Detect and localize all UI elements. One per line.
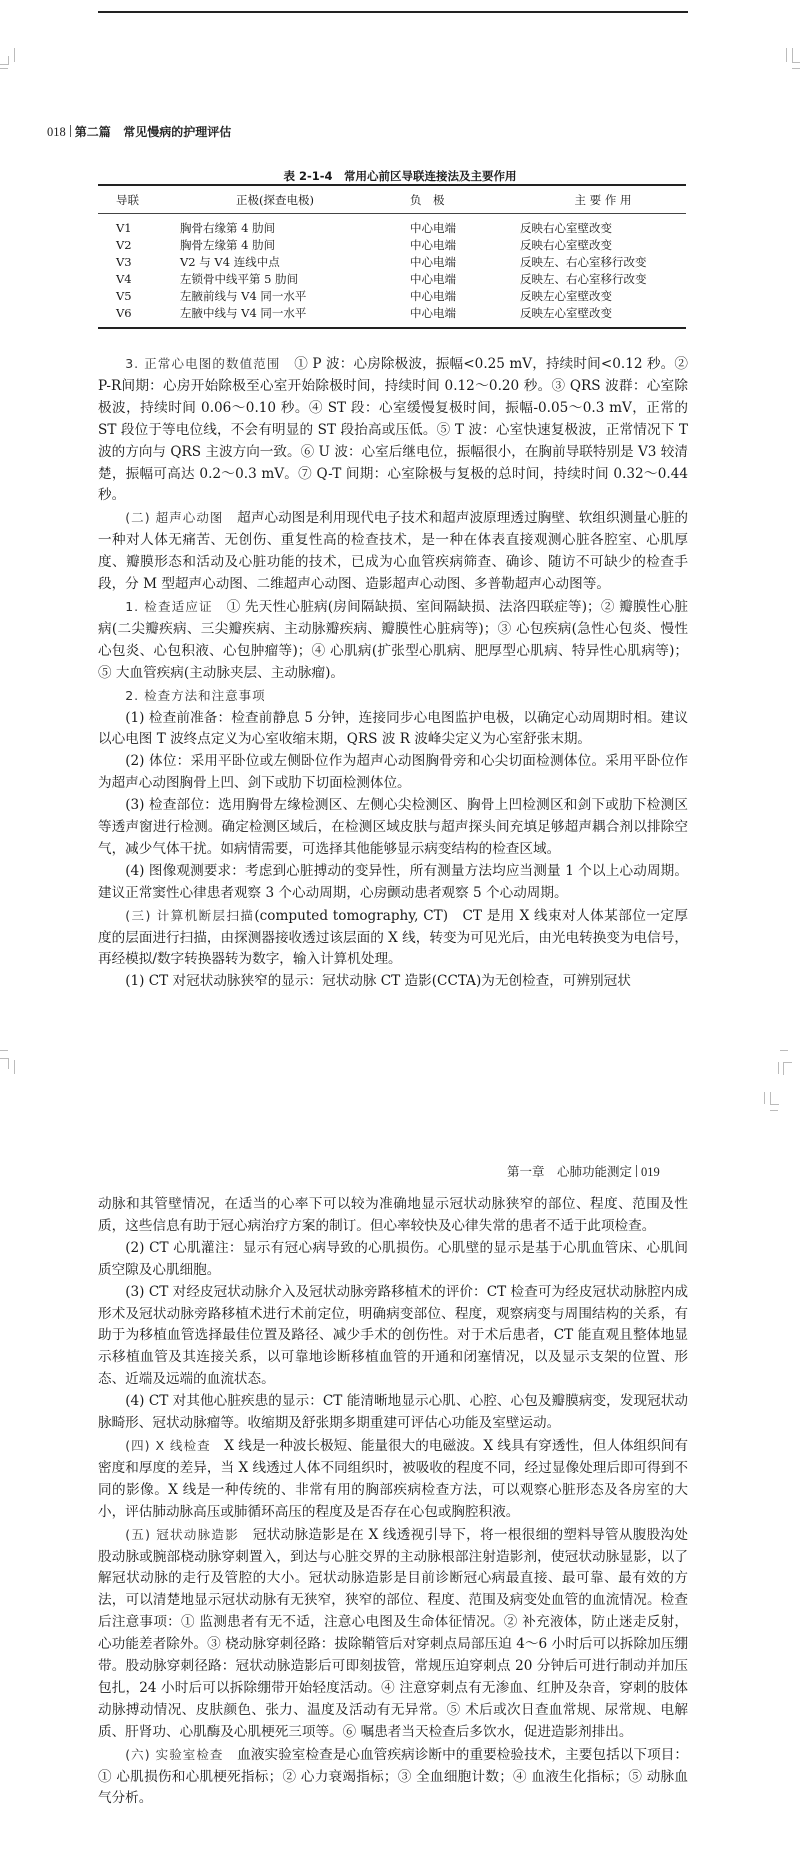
section-heading: (三) 计算机断层扫描 xyxy=(125,908,254,923)
table-row: V2胸骨左缘第 4 肋间中心电端反映右心室壁改变 xyxy=(98,237,686,254)
table-cell: 中心电端 xyxy=(410,214,520,238)
table-cell: 反映右心室壁改变 xyxy=(520,237,686,254)
paragraph: 动脉和其管壁情况，在适当的心率下可以较为准确地显示冠状动脉狭窄的部位、程度、范围… xyxy=(98,1194,688,1238)
column-header: 主 要 作 用 xyxy=(520,185,686,214)
section-heading: 1. 检查适应证 xyxy=(125,599,213,614)
chapter-label: 第一章 xyxy=(507,1164,545,1179)
paragraph-text: 动脉和其管壁情况，在适当的心率下可以较为准确地显示冠状动脉狭窄的部位、程度、范围… xyxy=(98,1196,688,1234)
table-cell: 反映左、右心室移行改变 xyxy=(520,271,686,288)
section-heading: (二) 超声心动图 xyxy=(125,510,223,525)
paragraph: (4) 图像观测要求：考虑到心脏搏动的变异性，所有测量方法均应当测量 1 个以上… xyxy=(98,861,688,905)
paragraph-text: (2) 体位：采用平卧位或左侧卧位作为超声心动图胸骨旁和心尖切面检测体位。采用平… xyxy=(98,753,688,791)
paragraph: (3) 检查部位：选用胸骨左缘检测区、左侧心尖检测区、胸骨上凹检测区和剑下或肋下… xyxy=(98,795,688,861)
header-divider xyxy=(70,125,71,137)
crop-mark xyxy=(0,1050,8,1051)
page-19-body: 动脉和其管壁情况，在适当的心率下可以较为准确地显示冠状动脉狭窄的部位、程度、范围… xyxy=(98,1194,688,1810)
table-cell: V3 xyxy=(98,254,180,271)
paragraph-text: (3) CT 对经皮冠状动脉介入及冠状动脉旁路移植术的评价：CT 检查可为经皮冠… xyxy=(98,1284,688,1388)
table-cell: V6 xyxy=(98,305,180,328)
paragraph: (1) 检查前准备：检查前静息 5 分钟，连接同步心电图监护电极，以确定心动周期… xyxy=(98,708,688,752)
paragraph-text: ① P 波：心房除极波，振幅<0.25 mV，持续时间<0.12 秒。② P-R… xyxy=(98,356,688,503)
table-cell: 胸骨左缘第 4 肋间 xyxy=(180,237,410,254)
table-cell: V1 xyxy=(98,214,180,238)
table-cell: 中心电端 xyxy=(410,288,520,305)
ecg-lead-table: 导联 正极(探查电极) 负 极 主 要 作 用 V1胸骨右缘第 4 肋间中心电端… xyxy=(98,184,686,329)
table-cell: V2 xyxy=(98,237,180,254)
crop-mark xyxy=(14,1060,15,1074)
section-heading: (六) 实验室检查 xyxy=(125,1747,223,1762)
crop-mark xyxy=(792,68,800,69)
table-cell: V5 xyxy=(98,288,180,305)
column-header: 负 极 xyxy=(410,185,520,214)
table-row: V5左腋前线与 V4 同一水平中心电端反映左心室壁改变 xyxy=(98,288,686,305)
paragraph: (三) 计算机断层扫描(computed tomography, CT) CT … xyxy=(98,905,688,972)
paragraph: (2) 体位：采用平卧位或左侧卧位作为超声心动图胸骨旁和心尖切面检测体位。采用平… xyxy=(98,751,688,795)
table-cell: 中心电端 xyxy=(410,254,520,271)
paragraph: (3) CT 对经皮冠状动脉介入及冠状动脉旁路移植术的评价：CT 检查可为经皮冠… xyxy=(98,1282,688,1392)
paragraph: (五) 冠状动脉造影 冠状动脉造影是在 X 线透视引导下，将一根很细的塑料导管从… xyxy=(98,1524,688,1744)
part-title: 常见慢病的护理评估 xyxy=(123,125,231,139)
table-cell: 左锁骨中线平第 5 肋间 xyxy=(180,271,410,288)
table-header-row: 导联 正极(探查电极) 负 极 主 要 作 用 xyxy=(98,185,686,214)
crop-mark xyxy=(0,56,9,65)
page-number: 019 xyxy=(641,1165,660,1179)
table-row: V6左腋中线与 V4 同一水平中心电端反映左心室壁改变 xyxy=(98,305,686,328)
paragraph-text: (1) CT 对冠状动脉狭窄的显示：冠状动脉 CT 造影(CCTA)为无创检查，… xyxy=(125,973,631,989)
table-cell: 反映右心室壁改变 xyxy=(520,214,686,238)
crop-mark xyxy=(764,1092,765,1104)
table-row: V1胸骨右缘第 4 肋间中心电端反映右心室壁改变 xyxy=(98,214,686,238)
table-cell: 反映左心室壁改变 xyxy=(520,288,686,305)
paragraph: (4) CT 对其他心脏疾患的显示：CT 能清晰地显示心肌、心腔、心包及瓣膜病变… xyxy=(98,1391,688,1435)
section-heading: (四) X 线检查 xyxy=(125,1438,210,1453)
page-header-018: 018第二篇 常见慢病的护理评估 xyxy=(47,122,231,140)
table-cell: 中心电端 xyxy=(410,271,520,288)
paragraph: 2. 检查方法和注意事项 xyxy=(98,685,688,708)
table-cell: 中心电端 xyxy=(410,305,520,328)
paragraph-text: (3) 检查部位：选用胸骨左缘检测区、左侧心尖检测区、胸骨上凹检测区和剑下或肋下… xyxy=(98,797,688,857)
paragraph-text: (4) CT 对其他心脏疾患的显示：CT 能清晰地显示心肌、心腔、心包及瓣膜病变… xyxy=(98,1393,688,1431)
section-heading: 2. 检查方法和注意事项 xyxy=(125,688,265,703)
paragraph-text: (2) CT 心肌灌注：显示有冠心病导致的心肌损伤。心肌壁的显示是基于心肌血管床… xyxy=(98,1240,688,1278)
crop-mark xyxy=(0,1058,9,1069)
crop-mark xyxy=(770,1092,779,1105)
crop-mark xyxy=(0,68,8,69)
section-heading: (五) 冠状动脉造影 xyxy=(125,1527,239,1542)
table-cell: V2 与 V4 连线中点 xyxy=(180,254,410,271)
table-title: 表 2-1-4 常用心前区导联连接法及主要作用 xyxy=(0,168,800,184)
column-header: 导联 xyxy=(98,185,180,214)
table-cell: 左腋前线与 V4 同一水平 xyxy=(180,288,410,305)
table-cell: 反映左心室壁改变 xyxy=(520,305,686,328)
table-cell: 中心电端 xyxy=(410,237,520,254)
part-label: 第二篇 xyxy=(75,125,111,139)
paragraph-text: 冠状动脉造影是在 X 线透视引导下，将一根很细的塑料导管从腹股沟处股动脉或腕部桡… xyxy=(98,1527,688,1740)
crop-mark xyxy=(783,1062,792,1075)
top-table-bottom-rule xyxy=(98,11,688,13)
page-number: 018 xyxy=(47,125,66,139)
crop-mark xyxy=(780,1050,788,1051)
page-18-body: 3. 正常心电图的数值范围 ① P 波：心房除极波，振幅<0.25 mV，持续时… xyxy=(98,353,688,993)
crop-mark xyxy=(14,48,15,62)
crop-mark xyxy=(786,48,787,62)
paragraph: (2) CT 心肌灌注：显示有冠心病导致的心肌损伤。心肌壁的显示是基于心肌血管床… xyxy=(98,1238,688,1282)
crop-mark xyxy=(792,48,800,63)
crop-mark xyxy=(778,1062,779,1074)
chapter-title: 心肺功能测定 xyxy=(557,1164,632,1179)
section-heading: 3. 正常心电图的数值范围 xyxy=(125,356,280,371)
table-cell: V4 xyxy=(98,271,180,288)
table-cell: 反映左、右心室移行改变 xyxy=(520,254,686,271)
paragraph: 1. 检查适应证 ① 先天性心脏病(房间隔缺损、室间隔缺损、法洛四联症等)；② … xyxy=(98,596,688,685)
paragraph: 3. 正常心电图的数值范围 ① P 波：心房除极波，振幅<0.25 mV，持续时… xyxy=(98,353,688,507)
paragraph-text: (4) 图像观测要求：考虑到心脏搏动的变异性，所有测量方法均应当测量 1 个以上… xyxy=(98,863,688,901)
column-header: 正极(探查电极) xyxy=(180,185,410,214)
paragraph-text: (1) 检查前准备：检查前静息 5 分钟，连接同步心电图监护电极，以确定心动周期… xyxy=(98,710,688,748)
page-header-019: 第一章 心肺功能测定019 xyxy=(507,1162,660,1180)
table-cell: 左腋中线与 V4 同一水平 xyxy=(180,305,410,328)
paragraph: (四) X 线检查 X 线是一种波长极短、能量很大的电磁波。X 线具有穿透性，但… xyxy=(98,1435,688,1524)
table-row: V4左锁骨中线平第 5 肋间中心电端反映左、右心室移行改变 xyxy=(98,271,686,288)
header-divider xyxy=(636,1165,637,1177)
table-cell: 胸骨右缘第 4 肋间 xyxy=(180,214,410,238)
paragraph: (六) 实验室检查 血液实验室检查是心血管疾病诊断中的重要检验技术，主要包括以下… xyxy=(98,1744,688,1811)
crop-mark xyxy=(770,1110,778,1111)
paragraph: (1) CT 对冠状动脉狭窄的显示：冠状动脉 CT 造影(CCTA)为无创检查，… xyxy=(98,971,688,993)
table-row: V3V2 与 V4 连线中点中心电端反映左、右心室移行改变 xyxy=(98,254,686,271)
paragraph: (二) 超声心动图 超声心动图是利用现代电子技术和超声波原理透过胸壁、软组织测量… xyxy=(98,507,688,596)
